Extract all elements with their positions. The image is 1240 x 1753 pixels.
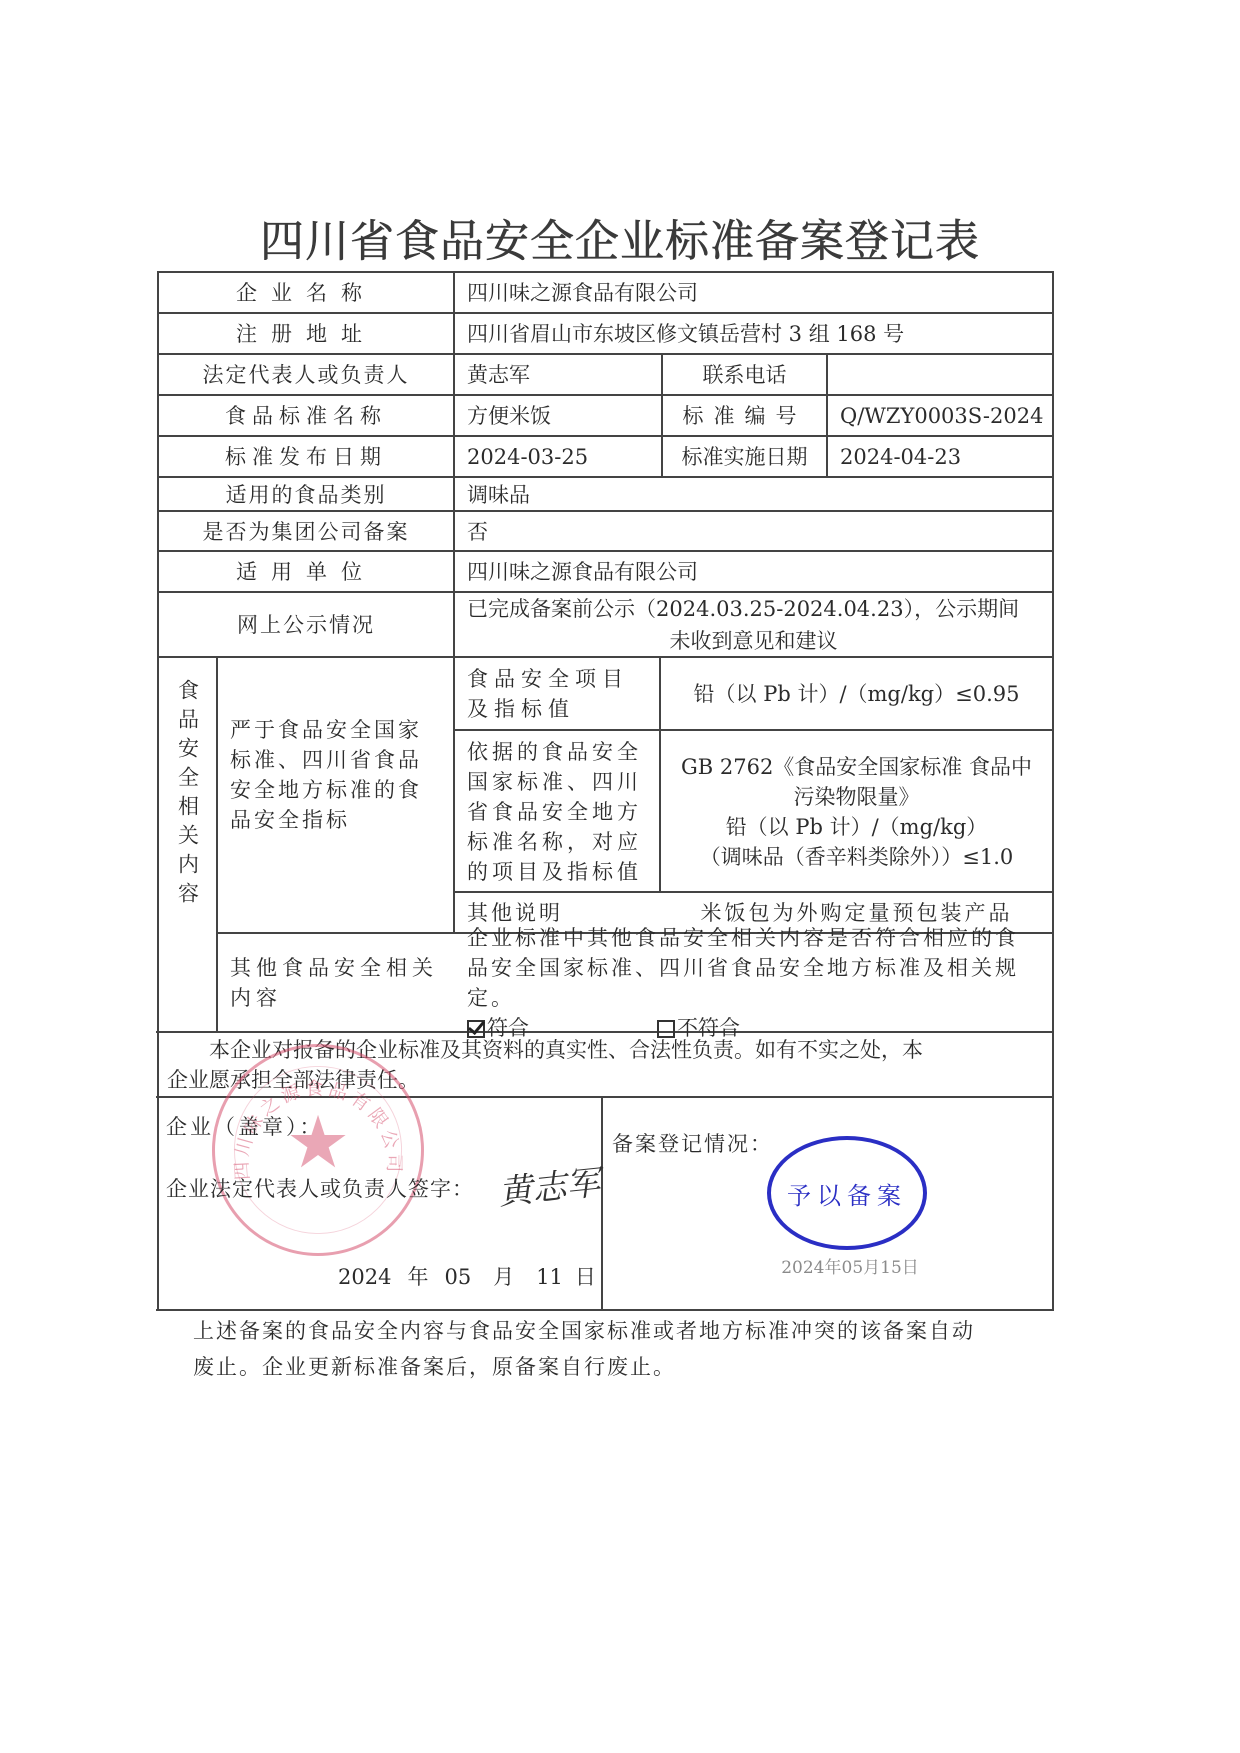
standard-no-label: 标准编号 — [663, 396, 826, 436]
food-category-label: 适用的食品类别 — [159, 478, 453, 511]
filing-label: 备案登记情况： — [612, 1127, 773, 1161]
standard-name-label: 食品标准名称 — [159, 396, 453, 436]
handwritten-signature: 黄志军 — [496, 1155, 603, 1214]
safety-item-label: 食品安全项目及指标值 — [455, 658, 659, 730]
stricter-indicators-label: 严于食品安全国家标准、四川省食品安全地方标准的食品安全指标 — [218, 658, 453, 892]
basis-standard-value: GB 2762《食品安全国家标准 食品中 污染物限量》 铅（以 Pb 计）/（m… — [661, 731, 1052, 892]
legal-rep-label: 法定代表人或负责人 — [159, 355, 453, 395]
standard-name-value: 方便米饭 — [455, 396, 661, 436]
company-seal: 四川味之源食品有限公司 ★ — [212, 1044, 424, 1256]
public-notice-value: 已完成备案前公示（2024.03.25-2024.04.23），公示期间 未收到… — [455, 593, 1052, 657]
signer-label: 企业法定代表人或负责人签字： — [166, 1172, 474, 1206]
legal-rep-value: 黄志军 — [455, 355, 661, 395]
effective-date-label: 标准实施日期 — [663, 437, 826, 477]
public-notice-line1: 已完成备案前公示（2024.03.25-2024.04.23），公示期间 — [455, 593, 1052, 625]
filing-stamp-date: 2024年05月15日 — [770, 1253, 930, 1278]
document-title: 四川省食品安全企业标准备案登记表 — [0, 205, 1240, 269]
applicable-unit-value: 四川味之源食品有限公司 — [455, 552, 1052, 592]
safety-item-value: 铅（以 Pb 计）/（mg/kg）≤0.95 — [661, 658, 1052, 730]
publish-date-label: 标准发布日期 — [159, 437, 453, 477]
seal-label: 企业（盖章）： — [166, 1110, 324, 1144]
sign-date: 2024 年 05 月 11 日 — [338, 1260, 596, 1294]
public-notice-line2: 未收到意见和建议 — [455, 625, 1052, 657]
other-content-label: 其他食品安全相关内容 — [218, 934, 453, 1032]
divider — [156, 1309, 1054, 1311]
address-value: 四川省眉山市东坡区修文镇岳营村 3 组 168 号 — [455, 314, 1052, 354]
food-category-value: 调味品 — [455, 478, 1052, 511]
company-name-label: 企业名称 — [159, 273, 453, 313]
public-notice-label: 网上公示情况 — [159, 593, 453, 657]
safety-section-label-text: 食品安全相关内容 — [174, 679, 202, 911]
company-name-value: 四川味之源食品有限公司 — [455, 273, 1052, 313]
basis-standard-label: 依据的食品安全国家标准、四川省食品安全地方标准名称，对应的项目及指标值 — [455, 731, 659, 892]
publish-date-value: 2024-03-25 — [455, 437, 661, 477]
other-content-value: 企业标准中其他食品安全相关内容是否符合相应的食品安全国家标准、四川省食品安全地方… — [455, 934, 1052, 1032]
group-filing-label: 是否为集团公司备案 — [159, 512, 453, 551]
phone-label: 联系电话 — [663, 355, 826, 395]
standard-no-value: Q/WZY0003S-2024 — [828, 396, 1052, 436]
safety-section-label: 食品安全相关内容 — [159, 658, 216, 932]
effective-date-value: 2024-04-23 — [828, 437, 1052, 477]
divider — [1052, 271, 1054, 1311]
address-label: 注册地址 — [159, 314, 453, 354]
applicable-unit-label: 适用单位 — [159, 552, 453, 592]
filing-approved-stamp: 予以备案 — [767, 1136, 927, 1250]
phone-value — [828, 355, 1052, 395]
footer-note: 上述备案的食品安全内容与食品安全国家标准或者地方标准冲突的该备案自动 废止。企业… — [193, 1313, 1013, 1385]
group-filing-value: 否 — [455, 512, 1052, 551]
